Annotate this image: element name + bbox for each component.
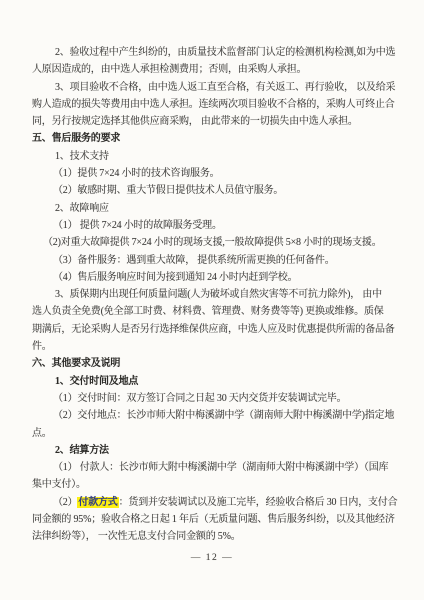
section-heading: 六、其他要求及说明 — [32, 355, 392, 372]
text-run: 同，另行按规定选择其他供应商采购， 由此带来的一切损失由中选人承担。 — [32, 116, 358, 127]
document-line: 3、质保期内出现任何质量问题(人为破坏或自然灾害等不可抗力除外)， 由中 — [32, 286, 392, 303]
text-run: （2）敏感时期、重大节假日提供技术人员值守服务。 — [53, 185, 283, 196]
section-heading: 1、交付时间及地点 — [32, 373, 392, 390]
text-run: 点。 — [32, 428, 52, 439]
text-run: 购人造成的损失等费用由中选人承担。连续两次项目验收不合格的，采购人可终止合 — [32, 99, 395, 110]
document-line: （2）交付地点：长沙市师大附中梅溪湖中学（湖南师大附中梅溪湖中学)指定地 — [32, 407, 392, 424]
document-line: 人原因造成的，由中选人承担检测费用；否则，由采购人承担。 — [32, 61, 392, 78]
document-line: （4）售后服务响应时间为接到通知 24 小时内赶到学校。 — [32, 269, 392, 286]
document-line: 件。 — [32, 338, 392, 355]
document-line: （1） 提供 7×24 小时的故障服务受理。 — [32, 217, 392, 234]
document-line: （1）交付时间：双方签订合同之日起 30 天内交货并安装调试完毕。 — [32, 390, 392, 407]
document-line: （2)对重大故障提供 7×24 小时的现场支援,一般故障提供 5×8 小时的现场… — [32, 234, 392, 251]
document-line: 同金额的 95%；验收合格之日起 1 年后（无质量问题、售后服务纠纷，以及其他经… — [32, 511, 392, 528]
document-page: 2、验收过程中产生纠纷的，由质量技术监督部门认定的检测机构检测,如为中选人原因造… — [0, 0, 424, 600]
page-number: — 12 — — [0, 553, 424, 563]
text-run: 3、项目验收不合格，由中选人返工直至合格，有关返工、再行验收， 以及给采 — [55, 82, 395, 93]
text-run: （2）交付地点：长沙市师大附中梅溪湖中学（湖南师大附中梅溪湖中学)指定地 — [53, 410, 394, 421]
document-line: 期满后，无论采购人是否另行选择维保供应商，中选人应及时优惠提供所需的备品备 — [32, 321, 392, 338]
document-line: （2）敏感时期、重大节假日提供技术人员值守服务。 — [32, 182, 392, 199]
text-run: 2、故障响应 — [55, 203, 109, 214]
document-line: 2、故障响应 — [32, 200, 392, 217]
text-run: （3）备件服务：遇到重大故障， 提供系统所需更换的任何备件。 — [53, 255, 335, 266]
text-run: 3、质保期内出现任何质量问题(人为破坏或自然灾害等不可抗力除外)， 由中 — [55, 289, 382, 300]
text-run: 2、结算方法 — [55, 445, 109, 456]
section-heading: 2、结算方法 — [32, 442, 392, 459]
text-run: 六、其他要求及说明 — [32, 358, 120, 369]
document-line: 同，另行按规定选择其他供应商采购， 由此带来的一切损失由中选人承担。 — [32, 113, 392, 130]
text-run: （2） — [53, 497, 77, 508]
document-body: 2、验收过程中产生纠纷的，由质量技术监督部门认定的检测机构检测,如为中选人原因造… — [32, 44, 392, 546]
text-run: 件。 — [32, 341, 52, 352]
text-run: （1） 提供 7×24 小时的故障服务受理。 — [53, 220, 222, 231]
document-line: 点。 — [32, 425, 392, 442]
text-run: 期满后，无论采购人是否另行选择维保供应商，中选人应及时优惠提供所需的备品备 — [32, 324, 395, 335]
document-line: （3）备件服务：遇到重大故障， 提供系统所需更换的任何备件。 — [32, 252, 392, 269]
document-line: 3、项目验收不合格，由中选人返工直至合格，有关返工、再行验收， 以及给采 — [32, 79, 392, 96]
document-line: 集中支付）。 — [32, 476, 392, 493]
text-run: 集中支付）。 — [32, 479, 86, 490]
document-line: （2）付款方式：货到并安装调试以及施工完毕，经验收合格后 30 日内，支付合 — [32, 494, 392, 511]
text-run: （1） 付款人：长沙市师大附中梅溪湖中学（湖南师大附中梅溪湖中学）（国库 — [53, 462, 388, 473]
highlighted-text: 付款方式 — [77, 497, 118, 508]
text-run: （1）提供 7×24 小时的技术咨询服务。 — [53, 168, 219, 179]
document-line: （1）提供 7×24 小时的技术咨询服务。 — [32, 165, 392, 182]
document-line: 购人造成的损失等费用由中选人承担。连续两次项目验收不合格的，采购人可终止合 — [32, 96, 392, 113]
document-line: 法律纠纷等）， 一次性无息支付合同金额的 5%。 — [32, 528, 392, 545]
document-line: 选人负责全免费(免全部工时费、材料费、管理费、财务费等等) 更换或维修。质保 — [32, 303, 392, 320]
document-line: 1、技术支持 — [32, 148, 392, 165]
text-run: 1、技术支持 — [55, 151, 109, 162]
text-run: （1）交付时间：双方签订合同之日起 30 天内交货并安装调试完毕。 — [53, 393, 346, 404]
document-line: 2、验收过程中产生纠纷的，由质量技术监督部门认定的检测机构检测,如为中选 — [32, 44, 392, 61]
text-run: （2)对重大故障提供 7×24 小时的现场支援,一般故障提供 5×8 小时的现场… — [43, 237, 382, 248]
text-run: ：货到并安装调试以及施工完毕，经验收合格后 30 日内，支付合 — [119, 497, 398, 508]
section-heading: 五、售后服务的要求 — [32, 130, 392, 147]
text-run: 选人负责全免费(免全部工时费、材料费、管理费、财务费等等) 更换或维修。质保 — [32, 306, 384, 317]
text-run: 同金额的 95%；验收合格之日起 1 年后（无质量问题、售后服务纠纷，以及其他经… — [32, 514, 395, 525]
text-run: （4）售后服务响应时间为接到通知 24 小时内赶到学校。 — [53, 272, 297, 283]
text-run: 2、验收过程中产生纠纷的，由质量技术监督部门认定的检测机构检测,如为中选 — [55, 47, 395, 58]
text-run: 五、售后服务的要求 — [32, 133, 120, 144]
text-run: 人原因造成的，由中选人承担检测费用；否则，由采购人承担。 — [32, 64, 306, 75]
text-run: 1、交付时间及地点 — [55, 376, 138, 387]
text-run: 法律纠纷等）， 一次性无息支付合同金额的 5%。 — [32, 531, 241, 542]
document-line: （1） 付款人：长沙市师大附中梅溪湖中学（湖南师大附中梅溪湖中学）（国库 — [32, 459, 392, 476]
